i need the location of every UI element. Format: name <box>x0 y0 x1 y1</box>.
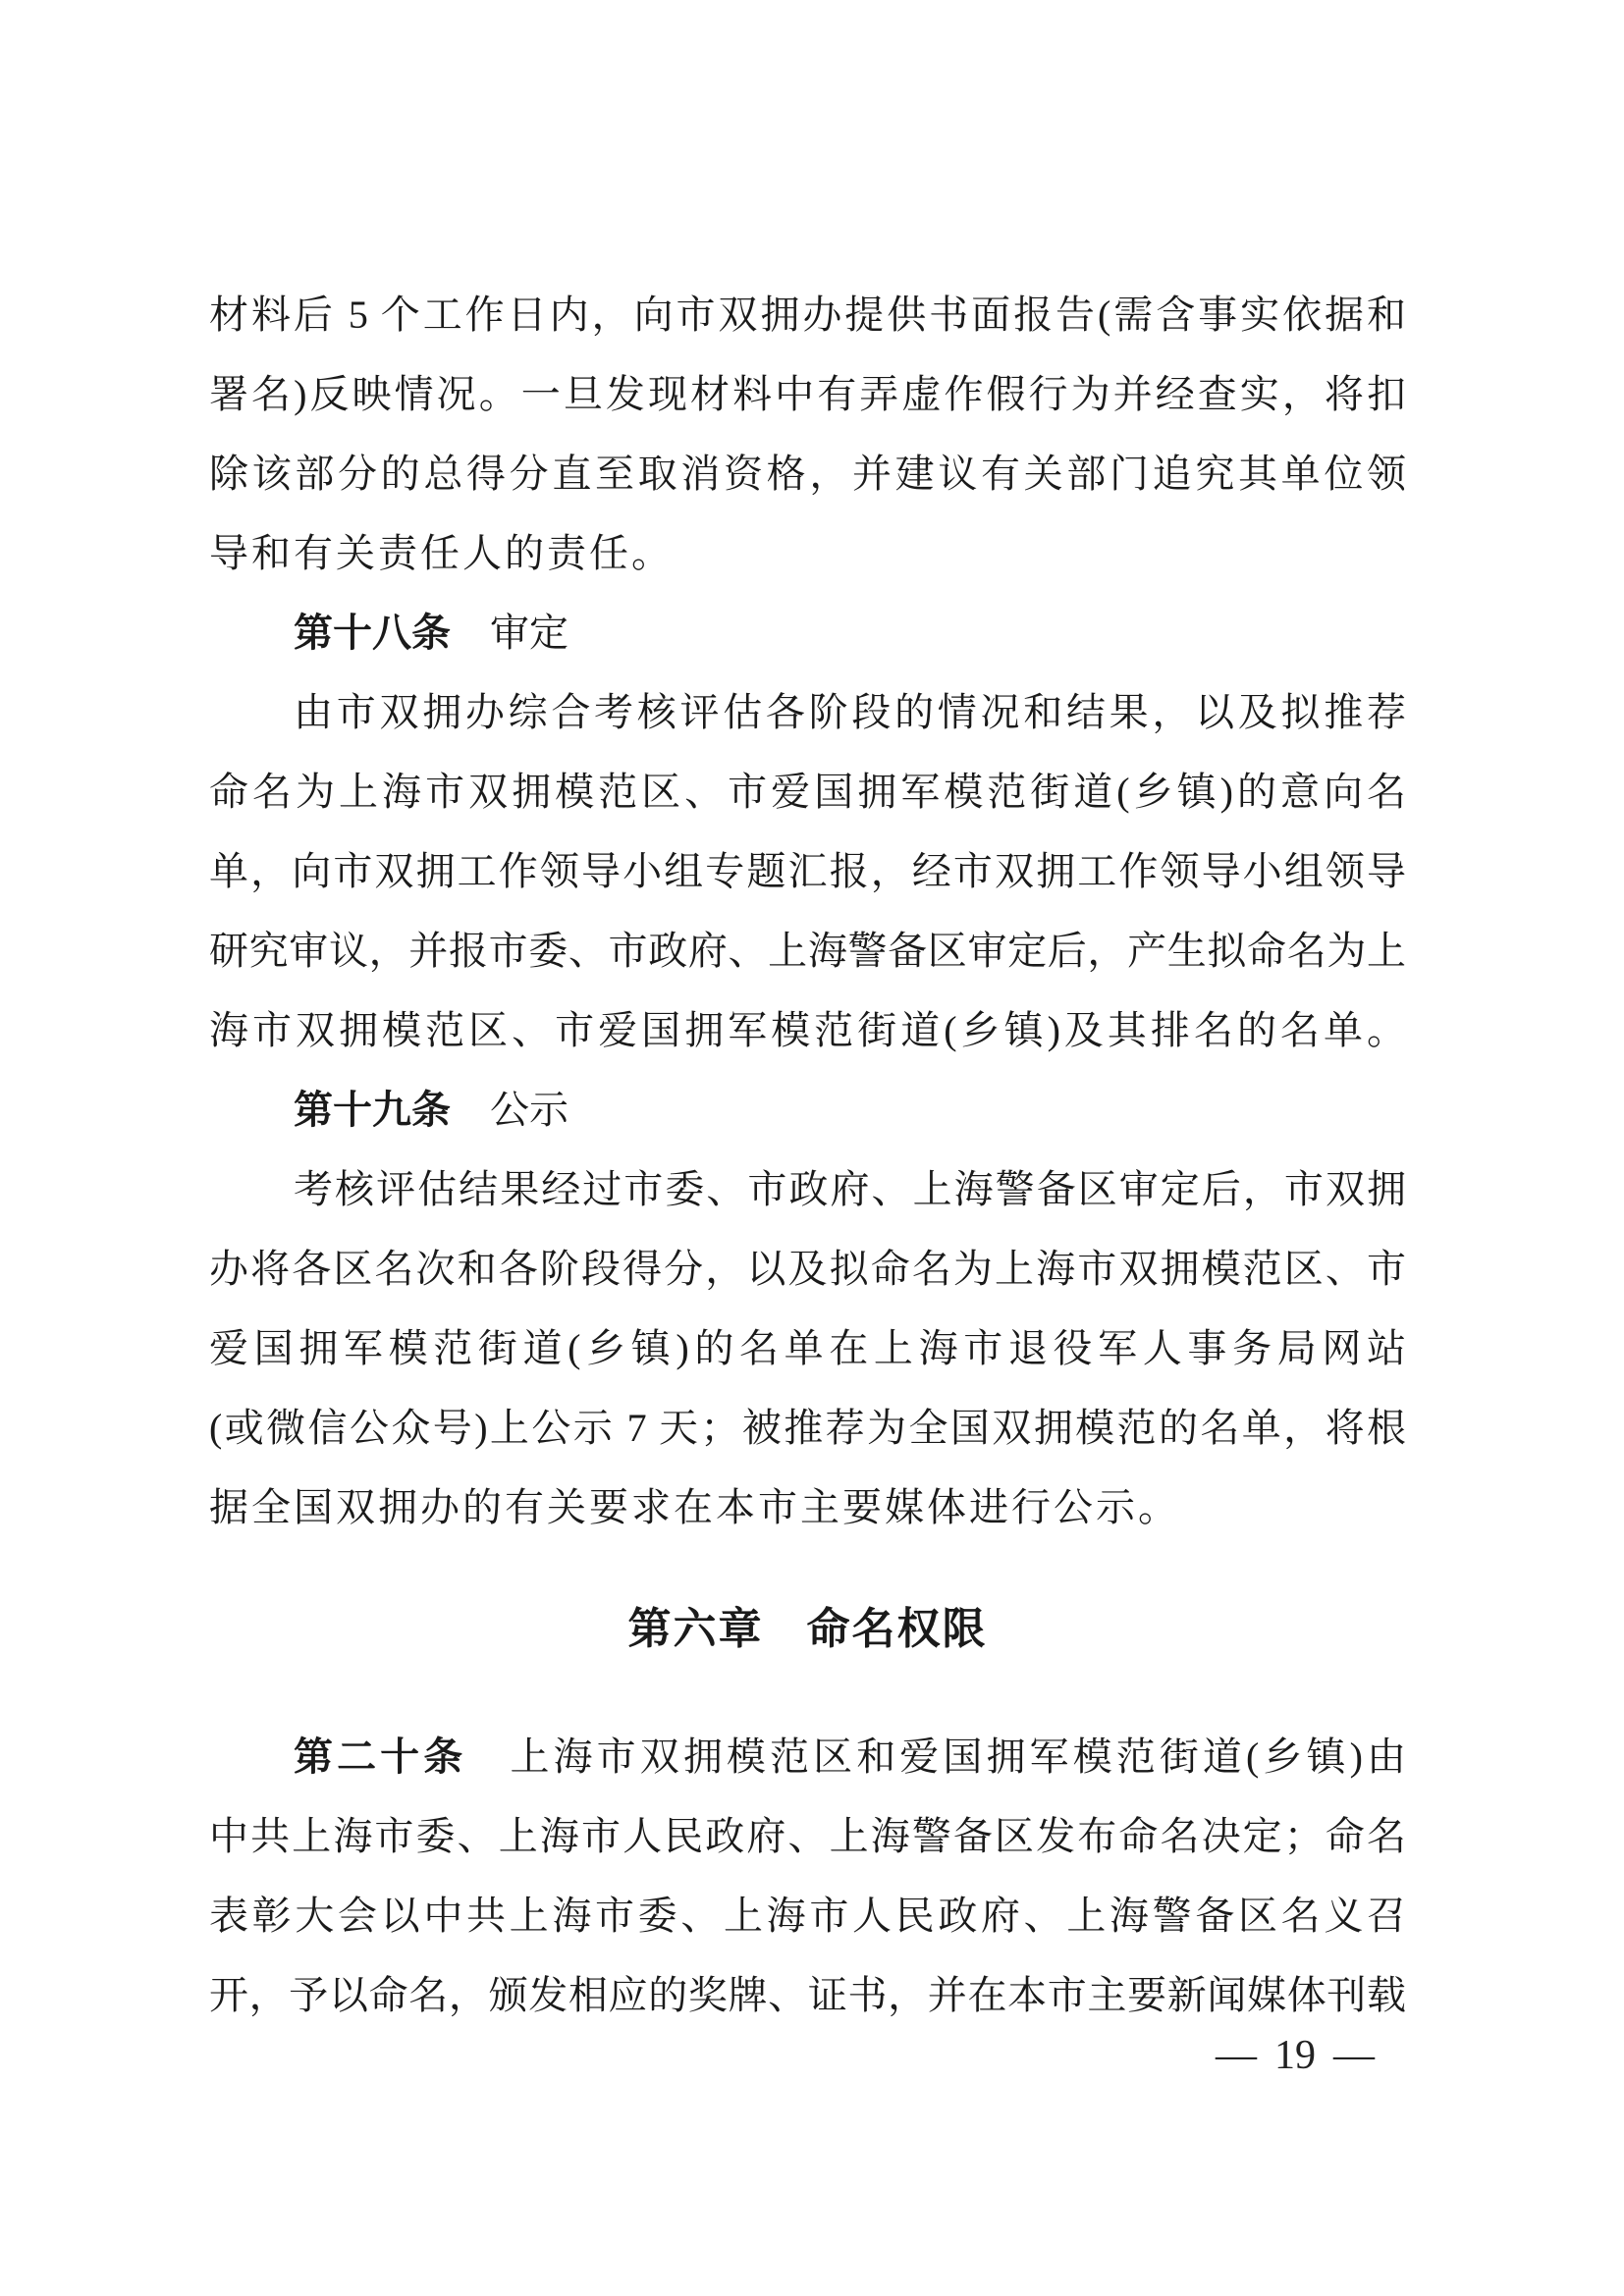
paragraph-line: 由市双拥办综合考核评估各阶段的情况和结果，以及拟推荐 <box>209 672 1406 752</box>
paragraph-line: 据全国双拥办的有关要求在本市主要媒体进行公示。 <box>209 1468 1406 1547</box>
paragraph-line: 开，予以命名，颁发相应的奖牌、证书，并在本市主要新闻媒体刊载 <box>209 1955 1406 2035</box>
document-body: 材料后 5 个工作日内，向市双拥办提供书面报告(需含事实依据和 署名)反映情况。… <box>209 275 1406 2035</box>
page-footer: —19— <box>1216 2034 1375 2077</box>
chapter-6-heading: 第六章命名权限 <box>209 1589 1406 1669</box>
chapter-6-title: 命名权限 <box>807 1605 988 1653</box>
paragraph-line: 研究审议，并报市委、市政府、上海警备区审定后，产生拟命名为上 <box>209 911 1406 990</box>
article-19-heading: 第十九条公示 <box>209 1070 1406 1149</box>
paragraph-line: 爱国拥军模范街道(乡镇)的名单在上海市退役军人事务局网站 <box>209 1308 1406 1388</box>
article-18-number: 第十八条 <box>294 611 451 655</box>
paragraph-line: 办将各区名次和各阶段得分，以及拟命名为上海市双拥模范区、市 <box>209 1229 1406 1308</box>
article-20-number: 第二十条 <box>294 1735 466 1779</box>
paragraph-line: 除该部分的总得分直至取消资格，并建议有关部门追究其单位领 <box>209 434 1406 513</box>
article-20-lead-text: 上海市双拥模范区和爱国拥军模范街道(乡镇)由 <box>506 1735 1406 1779</box>
article-18-title: 审定 <box>490 611 568 655</box>
article-20-first-line: 第二十条上海市双拥模范区和爱国拥军模范街道(乡镇)由 <box>209 1717 1406 1796</box>
paragraph-line: 命名为上海市双拥模范区、市爱国拥军模范街道(乡镇)的意向名 <box>209 752 1406 831</box>
paragraph-line: (或微信公众号)上公示 7 天；被推荐为全国双拥模范的名单，将根 <box>209 1388 1406 1468</box>
page-number: 19 <box>1274 2034 1316 2077</box>
article-18-heading: 第十八条审定 <box>209 593 1406 672</box>
paragraph-line: 署名)反映情况。一旦发现材料中有弄虚作假行为并经查实，将扣 <box>209 354 1406 434</box>
paragraph-line: 考核评估结果经过市委、市政府、上海警备区审定后，市双拥 <box>209 1149 1406 1229</box>
article-19-number: 第十九条 <box>294 1088 451 1132</box>
chapter-6-number: 第六章 <box>628 1605 764 1653</box>
paragraph-line: 单，向市双拥工作领导小组专题汇报，经市双拥工作领导小组领导 <box>209 831 1406 911</box>
footer-dash-left: — <box>1216 2034 1257 2077</box>
footer-dash-right: — <box>1333 2034 1375 2077</box>
paragraph-line: 导和有关责任人的责任。 <box>209 513 1406 593</box>
article-19-title: 公示 <box>490 1088 568 1132</box>
paragraph-line: 中共上海市委、上海市人民政府、上海警备区发布命名决定；命名 <box>209 1796 1406 1876</box>
paragraph-line: 表彰大会以中共上海市委、上海市人民政府、上海警备区名义召 <box>209 1876 1406 1955</box>
paragraph-line: 海市双拥模范区、市爱国拥军模范街道(乡镇)及其排名的名单。 <box>209 990 1406 1070</box>
paragraph-line: 材料后 5 个工作日内，向市双拥办提供书面报告(需含事实依据和 <box>209 275 1406 354</box>
